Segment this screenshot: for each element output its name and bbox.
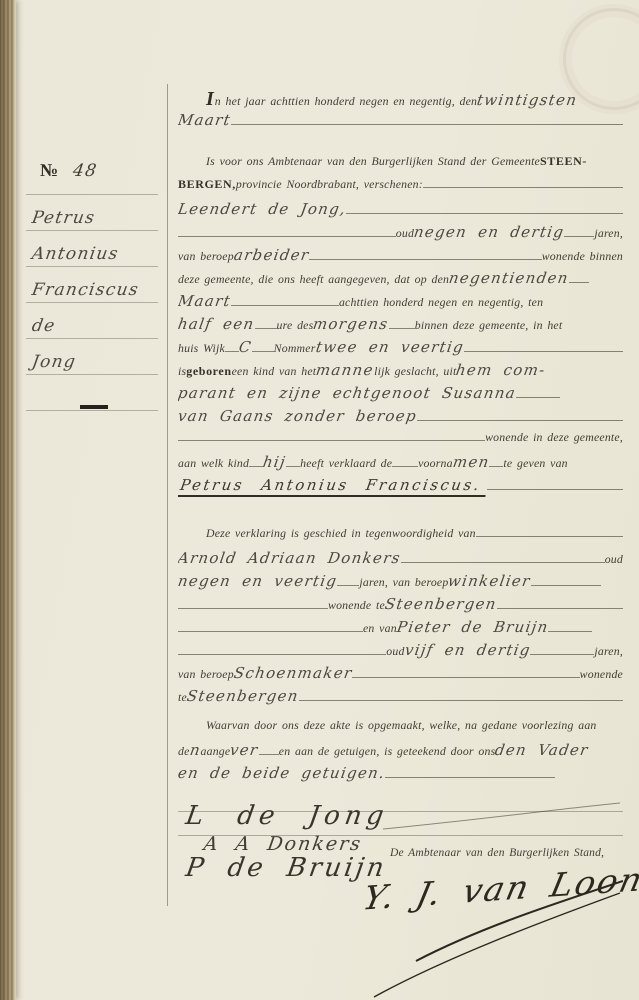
act-line: Maart — [178, 111, 623, 134]
act-line: en van Pieter de Bruijn — [178, 618, 623, 641]
blank-rule — [476, 536, 623, 537]
witness2-signature: P de Bruijn — [184, 853, 389, 883]
printed-text: jaren, — [594, 644, 623, 659]
blank-rule — [464, 351, 623, 352]
blank-rule — [564, 236, 594, 237]
margin-column: № 48 PetrusAntoniusFranciscusdeJong — [26, 160, 158, 411]
declarant-signature: L de Jong — [184, 801, 391, 831]
printed-text: is — [178, 364, 186, 379]
printed-text: een kind van het — [232, 364, 317, 379]
handwritten-text: arbeider — [232, 246, 310, 264]
blank-rule — [178, 654, 386, 655]
margin-name-row: Jong — [26, 339, 158, 375]
handwritten-text: C — [237, 338, 253, 356]
act-line: te Steenbergen — [178, 687, 623, 710]
printed-text: aange — [201, 744, 231, 759]
book-binding-edge — [0, 0, 16, 1000]
closing-dash-icon — [80, 405, 108, 409]
handwritten-text: twee en veertig — [314, 338, 465, 356]
printed-text: n het jaar achttien honderd negen en neg… — [215, 94, 477, 109]
handwritten-text: Leendert de Jong, — [178, 200, 348, 218]
act-paragraph: In het jaar achttien honderd negen en ne… — [178, 88, 623, 134]
margin-end-mark — [26, 375, 158, 411]
printed-text: heeft verklaard de — [300, 456, 392, 471]
blank-rule — [423, 187, 623, 188]
handwritten-text: men — [451, 453, 491, 471]
handwritten-text: parant en zijne echtgenoot Susanna — [178, 384, 518, 402]
printed-text: binnen deze gemeente, in het — [415, 318, 563, 333]
margin-child-name: PetrusAntoniusFranciscusdeJong — [26, 195, 158, 375]
official-signature: Y. J. van Loon — [359, 859, 639, 917]
printed-text: voorna — [418, 456, 453, 471]
birth-certificate-page: № 48 PetrusAntoniusFranciscusdeJong In h… — [0, 0, 639, 1000]
act-line: van beroep arbeider wonende binnen — [178, 246, 623, 269]
blank-rule — [309, 259, 541, 260]
printed-text: Deze verklaring is geschied in tegenwoor… — [206, 526, 476, 541]
printed-text: wonende in deze gemeente, — [485, 430, 623, 445]
handwritten-text: half een — [178, 315, 256, 333]
blank-rule — [299, 700, 623, 701]
printed-text: oud — [605, 552, 623, 567]
act-line: wonende in deze gemeente, — [178, 430, 623, 453]
blank-rule — [352, 677, 579, 678]
act-line: Arnold Adriaan Donkers oud — [178, 549, 623, 572]
signature-area: L de Jong A A Donkers P de Bruijn De Amb… — [178, 801, 623, 1000]
blank-rule — [178, 236, 396, 237]
blank-rule — [178, 440, 485, 441]
handwritten-text: Schoenmaker — [232, 664, 353, 682]
act-body: In het jaar achttien honderd negen en ne… — [178, 88, 623, 1000]
blank-rule — [346, 213, 623, 214]
witness1-signature: A A Donkers — [202, 833, 364, 855]
act-line: is geboren een kind van het manne lijk g… — [178, 361, 623, 384]
child-name-handwritten: Petrus Antonius Franciscus. — [178, 476, 489, 497]
act-line: Leendert de Jong, — [178, 200, 623, 223]
margin-name-row: de — [26, 303, 158, 339]
printed-text: oud — [386, 644, 404, 659]
act-line: Petrus Antonius Franciscus. — [178, 476, 623, 509]
handwritten-text: n — [188, 741, 202, 759]
act-line: In het jaar achttien honderd negen en ne… — [178, 88, 623, 111]
act-line: parant en zijne echtgenoot Susanna — [178, 384, 623, 407]
printed-initial: I — [206, 88, 214, 111]
blank-rule — [231, 124, 623, 125]
printed-text: en aan de getuigen, is geteekend door on… — [279, 744, 496, 759]
handwritten-text: hem com- — [455, 361, 548, 379]
blank-rule — [252, 351, 274, 352]
blank-rule — [417, 420, 623, 421]
blank-rule — [259, 754, 279, 755]
margin-name-text: de — [30, 316, 57, 336]
margin-name-text: Petrus — [30, 208, 96, 228]
act-line: half een ure des morgens binnen deze gem… — [178, 315, 623, 338]
handwritten-text: Steenbergen — [383, 595, 498, 613]
printed-text: ure des — [277, 318, 314, 333]
handwritten-text: ver — [229, 741, 260, 759]
printed-text: van beroep — [178, 667, 234, 682]
blank-rule — [255, 328, 277, 329]
act-number: № 48 — [26, 160, 158, 195]
handwritten-text: vijf en dertig — [403, 641, 532, 659]
act-paragraph: Waarvan door ons deze akte is opgemaakt,… — [178, 718, 623, 787]
act-line: en de beide getuigen. — [178, 764, 623, 787]
blank-rule — [548, 631, 592, 632]
printed-text: wonende binnen — [542, 249, 623, 264]
blank-rule — [497, 608, 623, 609]
handwritten-text: den Vader — [494, 741, 591, 759]
printed-text: deze gemeente, die ons heeft aangegeven,… — [178, 272, 449, 287]
printed-text: lijk geslacht, uit — [374, 364, 456, 379]
blank-rule — [392, 466, 418, 467]
printed-text: Nommer — [274, 341, 316, 356]
handwritten-text: Steenbergen — [185, 687, 300, 705]
handwritten-text: negen en dertig — [413, 223, 566, 241]
printed-text: aan welk kind — [178, 456, 249, 471]
act-line: negen en veertig jaren, van beroep winke… — [178, 572, 623, 595]
printed-text: huis Wijk — [178, 341, 225, 356]
handwritten-text: twintigsten — [476, 91, 579, 109]
act-line: van Gaans zonder beroep — [178, 407, 623, 430]
printed-text: achttien honderd negen en negentig, ten — [339, 295, 543, 310]
act-text: In het jaar achttien honderd negen en ne… — [178, 88, 623, 787]
printed-text: wonende — [580, 667, 623, 682]
blank-rule — [487, 489, 623, 490]
handwritten-text: van Gaans zonder beroep — [178, 407, 418, 425]
handwritten-text: negen en veertig — [178, 572, 339, 590]
blank-rule — [178, 631, 363, 632]
act-line: Waarvan door ons deze akte is opgemaakt,… — [178, 718, 623, 741]
act-number-label: № — [40, 160, 59, 181]
blank-rule — [337, 585, 359, 586]
act-line: oud vijf en dertig jaren, — [178, 641, 623, 664]
margin-divider-line — [167, 84, 168, 906]
handwritten-text: Maart — [178, 292, 232, 310]
handwritten-text: en de beide getuigen. — [178, 764, 387, 782]
act-line: den aangever en aan de getuigen, is gete… — [178, 741, 623, 764]
printed-text: oud — [396, 226, 414, 241]
blank-rule — [569, 282, 589, 283]
margin-name-row: Petrus — [26, 195, 158, 231]
act-line: Maart achttien honderd negen en negentig… — [178, 292, 623, 315]
blank-rule — [249, 466, 263, 467]
printed-text: wonende te — [328, 598, 385, 613]
blank-rule — [531, 585, 601, 586]
margin-name-row: Franciscus — [26, 267, 158, 303]
blank-rule — [530, 654, 594, 655]
margin-name-text: Franciscus — [30, 280, 140, 300]
blank-rule — [231, 305, 339, 306]
printed-text: Is voor ons Ambtenaar van den Burgerlijk… — [206, 154, 540, 169]
blank-rule — [401, 562, 605, 563]
blank-rule — [489, 466, 503, 467]
handwritten-text: hij — [262, 453, 288, 471]
act-line: oud negen en dertig jaren, — [178, 223, 623, 246]
printed-text-bold: STEEN- — [540, 154, 587, 169]
handwritten-text: negentienden — [448, 269, 571, 287]
printed-text: Waarvan door ons deze akte is opgemaakt,… — [206, 718, 597, 733]
act-line: aan welk kind hij heeft verklaard de voo… — [178, 453, 623, 476]
handwritten-text: Pieter de Bruijn — [395, 618, 549, 636]
margin-name-text: Antonius — [30, 244, 120, 264]
blank-rule — [516, 397, 560, 398]
handwritten-text: manne — [315, 361, 376, 379]
printed-text: jaren, van beroep — [359, 575, 448, 590]
margin-name-row: Antonius — [26, 231, 158, 267]
official-title-label: De Ambtenaar van den Burgerlijken Stand, — [390, 847, 604, 859]
margin-name-text: Jong — [30, 352, 77, 372]
printed-text: provincie Noordbrabant, verschenen: — [236, 177, 423, 192]
blank-rule — [225, 351, 239, 352]
act-number-value: 48 — [72, 161, 99, 181]
printed-text: en van — [363, 621, 397, 636]
blank-rule — [178, 608, 328, 609]
act-line: Deze verklaring is geschied in tegenwoor… — [178, 526, 623, 549]
printed-text-bold: BERGEN, — [178, 177, 236, 192]
act-line: wonende te Steenbergen — [178, 595, 623, 618]
blank-rule — [389, 328, 415, 329]
blank-rule — [385, 777, 555, 778]
act-paragraph: Deze verklaring is geschied in tegenwoor… — [178, 526, 623, 710]
printed-text: te geven van — [503, 456, 567, 471]
handwritten-text: Maart — [178, 111, 232, 129]
act-line: deze gemeente, die ons heeft aangegeven,… — [178, 269, 623, 292]
printed-text-bold: geboren — [186, 364, 231, 379]
handwritten-text: winkelier — [447, 572, 532, 590]
printed-text: van beroep — [178, 249, 234, 264]
act-line: huis Wijk C Nommer twee en veertig — [178, 338, 623, 361]
act-line: Is voor ons Ambtenaar van den Burgerlijk… — [178, 154, 623, 177]
act-paragraph: Is voor ons Ambtenaar van den Burgerlijk… — [178, 154, 623, 509]
act-line: van beroep Schoenmaker wonende — [178, 664, 623, 687]
blank-rule — [286, 466, 300, 467]
handwritten-text: Arnold Adriaan Donkers — [178, 549, 402, 567]
handwritten-text: morgens — [312, 315, 390, 333]
act-line: BERGEN, provincie Noordbrabant, verschen… — [178, 177, 623, 200]
printed-text: jaren, — [594, 226, 623, 241]
